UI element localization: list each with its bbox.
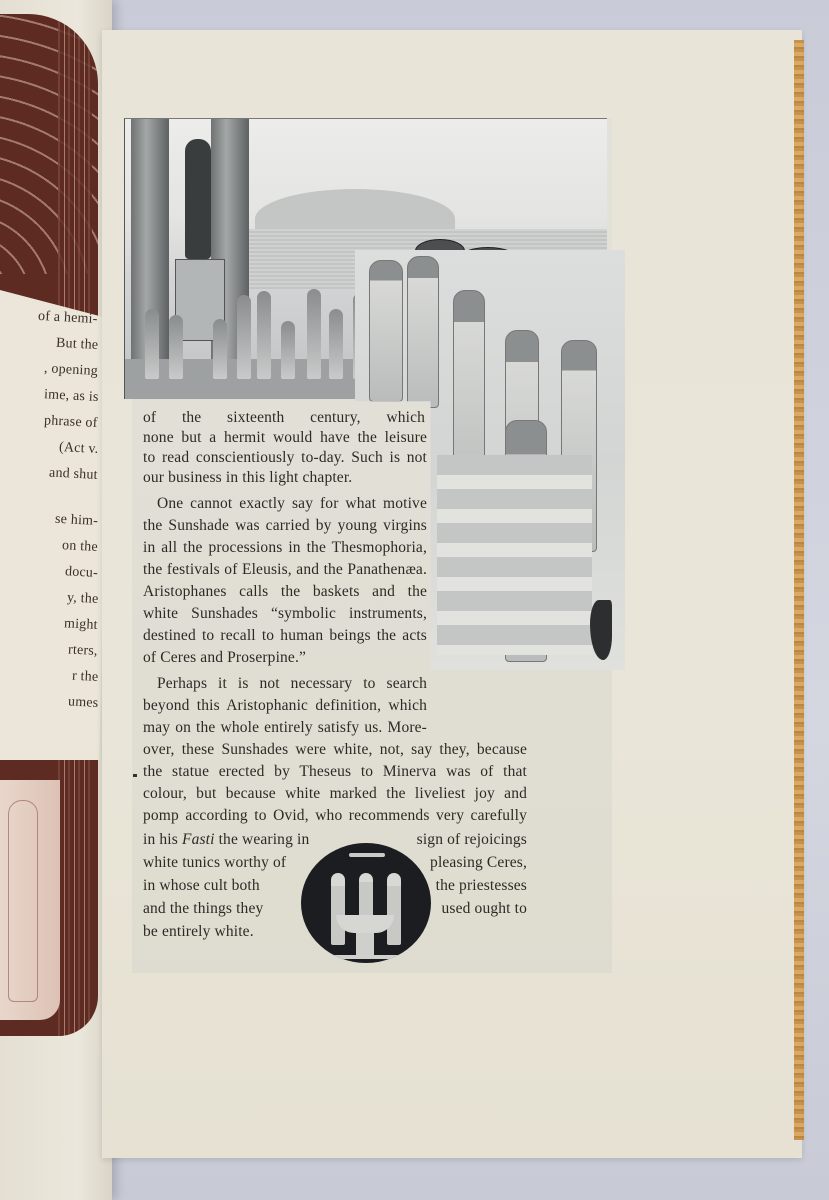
procession-figure bbox=[257, 291, 271, 379]
body-text-line: the festivals of Eleusis, and the Panath… bbox=[143, 560, 427, 580]
left-text-line: , opening bbox=[44, 361, 99, 380]
body-text-line: our business in this light chapter. bbox=[143, 468, 427, 488]
left-text-line: on the bbox=[62, 538, 99, 556]
basin-stand bbox=[356, 933, 374, 955]
procession-figure bbox=[145, 309, 159, 379]
medallion-figure bbox=[387, 873, 401, 945]
gilt-page-edge bbox=[794, 40, 804, 1140]
body-text-line: of the sixteenth century, which bbox=[143, 408, 425, 428]
body-text-line: white tunics worthy of bbox=[143, 853, 286, 873]
vignette-medallion bbox=[301, 843, 431, 963]
italic-title-fasti: Fasti bbox=[182, 831, 215, 848]
wreath-icon bbox=[349, 853, 385, 857]
body-text-line: in all the processions in the Thesmophor… bbox=[143, 538, 427, 558]
left-text-line: and shut bbox=[49, 465, 98, 484]
body-text-line: may on the whole entirely satisfy us. Mo… bbox=[143, 718, 427, 738]
left-text-line: might bbox=[64, 616, 98, 634]
left-text-line: r the bbox=[71, 669, 98, 686]
body-text-line: over, these Sunshades were white, not, s… bbox=[143, 740, 527, 760]
body-text-line: beyond this Aristophanic definition, whi… bbox=[143, 696, 427, 716]
left-text-line: se him- bbox=[55, 512, 99, 530]
procession-figure bbox=[213, 319, 227, 379]
body-text-line: the priestesses bbox=[436, 876, 527, 896]
body-text-line: the statue erected by Theseus to Minerva… bbox=[143, 762, 527, 782]
left-text-line: phrase of bbox=[44, 413, 98, 432]
left-page-relief-figure bbox=[0, 780, 60, 1020]
left-text-line: ime, as is bbox=[43, 387, 98, 406]
procession-figure bbox=[169, 315, 183, 379]
body-text-line: white Sunshades “symbolic instruments, bbox=[143, 604, 427, 624]
medallion-figure bbox=[331, 873, 345, 945]
body-text-line: and the things they bbox=[143, 899, 263, 919]
margin-mark bbox=[133, 774, 137, 777]
body-text-line: none but a hermit would have the leisure bbox=[143, 428, 427, 448]
basin-icon bbox=[336, 915, 394, 933]
body-text-line: sign of rejoicings bbox=[417, 830, 527, 850]
body-text-line: colour, but because white marked the liv… bbox=[143, 784, 527, 804]
left-text-line: y, the bbox=[66, 590, 98, 608]
temple-steps bbox=[437, 455, 592, 655]
body-text-line: to read conscientiously to-day. Such is … bbox=[143, 448, 427, 468]
body-text-line: pleasing Ceres, bbox=[430, 853, 527, 873]
body-text-line: One cannot exactly say for what motive bbox=[143, 494, 427, 514]
left-text-line: rters, bbox=[68, 642, 98, 660]
body-text-line: Perhaps it is not necessary to search bbox=[143, 674, 427, 694]
body-text-line: in whose cult both bbox=[143, 876, 260, 896]
left-text-line: But the bbox=[55, 336, 98, 354]
procession-figure bbox=[281, 321, 295, 379]
body-text-line: be entirely white. bbox=[143, 922, 254, 942]
left-text-line: (Act v. bbox=[58, 440, 98, 458]
body-text-line: used ought to bbox=[442, 899, 527, 919]
medallion-ground-line bbox=[319, 955, 413, 959]
body-text-line: pomp according to Ovid, who recommends v… bbox=[143, 806, 527, 826]
minerva-statue bbox=[185, 139, 211, 259]
procession-figure bbox=[237, 295, 251, 379]
left-text-line: docu- bbox=[65, 564, 99, 582]
left-text-line: umes bbox=[67, 694, 98, 712]
body-text-line: Aristophanes calls the baskets and the bbox=[143, 582, 427, 602]
maiden-figure bbox=[407, 256, 439, 408]
procession-figure bbox=[307, 289, 321, 379]
body-text-line: of Ceres and Proserpine.” bbox=[143, 648, 427, 668]
left-page-text-panel: of a hemi- But the , opening ime, as is … bbox=[0, 290, 108, 760]
maiden-figure bbox=[369, 260, 403, 402]
body-text-line: the Sunshade was carried by young virgin… bbox=[143, 516, 427, 536]
procession-figure bbox=[329, 309, 343, 379]
body-text-line: in his Fasti the wearing in bbox=[143, 830, 309, 850]
left-page: of a hemi- But the , opening ime, as is … bbox=[0, 0, 112, 1200]
body-text-line: destined to recall to human beings the a… bbox=[143, 626, 427, 646]
